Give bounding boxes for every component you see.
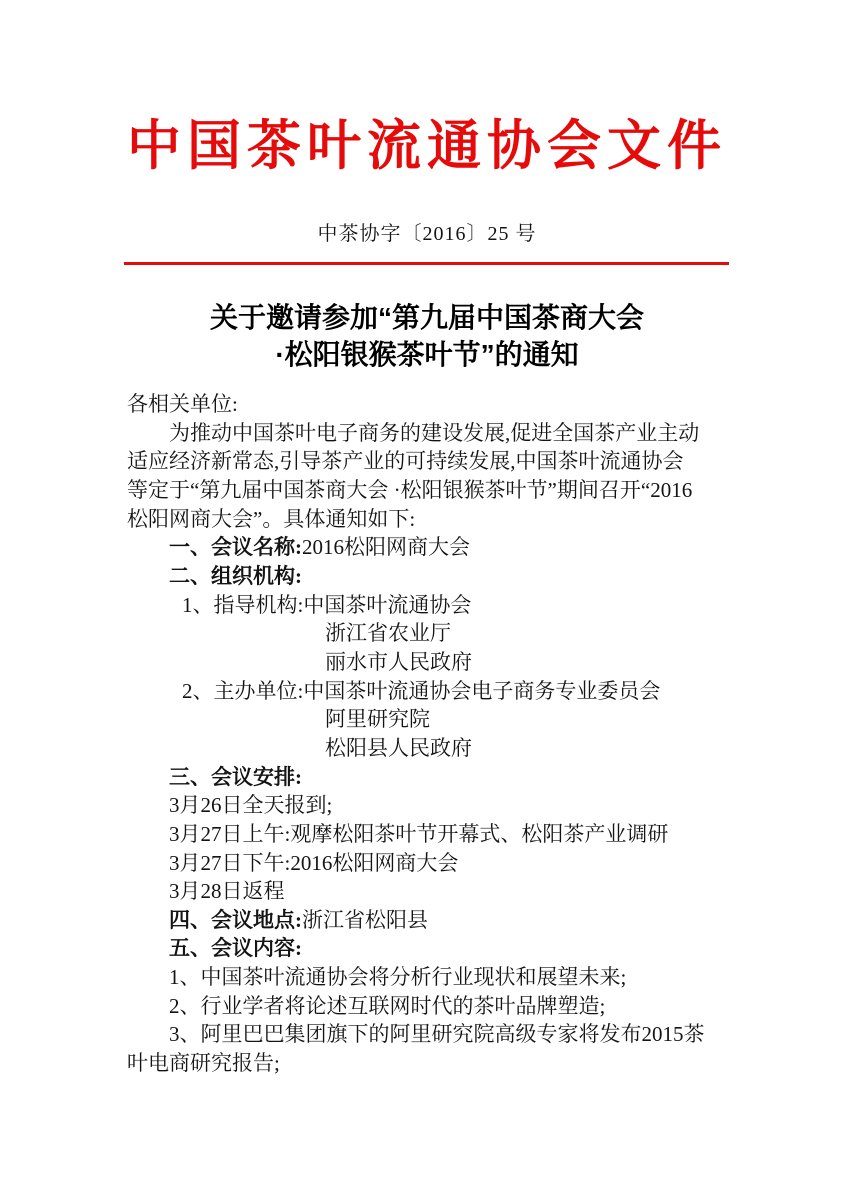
red-divider-line (124, 262, 729, 265)
body-text: 2016松阳网商大会 (302, 535, 470, 559)
body-text: 2、主办单位:中国茶叶流通协会电子商务专业委员会 (182, 679, 660, 703)
body-line: 二、组织机构: (127, 562, 737, 591)
body-text: 阿里研究院 (325, 707, 430, 731)
body-heading-text: 三、会议安排: (169, 765, 302, 789)
body-text: 等定于“第九届中国茶商大会 ·松阳银猴茶叶节”期间召开“2016 (127, 478, 692, 502)
body-text: 3月28日返程 (169, 879, 285, 903)
body-line: 三、会议安排: (127, 763, 737, 792)
body-text: 为推动中国茶叶电子商务的建设发展,促进全国茶产业主动 (169, 421, 699, 445)
body-line: 各相关单位: (127, 390, 737, 419)
body-line: 3月26日全天报到; (127, 791, 737, 820)
body-line: 适应经济新常态,引导茶产业的可持续发展,中国茶叶流通协会 (127, 447, 737, 476)
body-line: 四、会议地点:浙江省松阳县 (127, 906, 737, 935)
doc-number: 中茶协字〔2016〕25 号 (127, 221, 727, 248)
body-line: 3月27日下午:2016松阳网商大会 (127, 849, 737, 878)
body-line: 1、指导机构:中国茶叶流通协会 (127, 591, 737, 620)
red-header-org-title: 中国茶叶流通协会文件 (123, 110, 731, 182)
body-line: 松阳网商大会”。具体通知如下: (127, 505, 737, 534)
body-text: 浙江省松阳县 (302, 908, 428, 932)
body-text: 适应经济新常态,引导茶产业的可持续发展,中国茶叶流通协会 (127, 449, 684, 473)
body-line: 浙江省农业厅 (127, 619, 737, 648)
body-text: 松阳县人民政府 (325, 736, 472, 760)
body-line: 为推动中国茶叶电子商务的建设发展,促进全国茶产业主动 (127, 419, 737, 448)
body-heading-text: 四、会议地点: (169, 908, 302, 932)
body-line: 3、阿里巴巴集团旗下的阿里研究院高级专家将发布2015茶 (127, 1020, 737, 1049)
body-text: 3月26日全天报到; (169, 793, 332, 817)
body-text: 松阳网商大会”。具体通知如下: (127, 507, 415, 531)
doc-body: 各相关单位:为推动中国茶叶电子商务的建设发展,促进全国茶产业主动适应经济新常态,… (127, 390, 737, 1078)
body-line: 3月28日返程 (127, 877, 737, 906)
body-text: 叶电商研究报告; (127, 1051, 280, 1075)
body-line: 2、主办单位:中国茶叶流通协会电子商务专业委员会 (127, 677, 737, 706)
body-line: 一、会议名称:2016松阳网商大会 (127, 533, 737, 562)
body-text: 1、指导机构:中国茶叶流通协会 (182, 593, 471, 617)
body-line: 3月27日上午:观摩松阳茶叶节开幕式、松阳茶产业调研 (127, 820, 737, 849)
body-text: 各相关单位: (127, 392, 238, 416)
body-line: 五、会议内容: (127, 934, 737, 963)
doc-title-line1: 关于邀请参加“第九届中国茶商大会 (97, 299, 757, 336)
body-line: 2、行业学者将论述互联网时代的茶叶品牌塑造; (127, 992, 737, 1021)
body-text: 浙江省农业厅 (325, 621, 451, 645)
body-text: 丽水市人民政府 (325, 650, 472, 674)
doc-title-line2: ·松阳银猴茶叶节”的通知 (97, 336, 757, 373)
body-text: 3、阿里巴巴集团旗下的阿里研究院高级专家将发布2015茶 (169, 1022, 705, 1046)
body-line: 叶电商研究报告; (127, 1049, 737, 1078)
body-line: 阿里研究院 (127, 705, 737, 734)
body-line: 1、中国茶叶流通协会将分析行业现状和展望未来; (127, 963, 737, 992)
body-line: 丽水市人民政府 (127, 648, 737, 677)
doc-title: 关于邀请参加“第九届中国茶商大会 ·松阳银猴茶叶节”的通知 (97, 299, 757, 373)
body-text: 1、中国茶叶流通协会将分析行业现状和展望未来; (169, 965, 626, 989)
document-page: 中国茶叶流通协会文件 中茶协字〔2016〕25 号 关于邀请参加“第九届中国茶商… (0, 0, 850, 1202)
body-line: 松阳县人民政府 (127, 734, 737, 763)
body-line: 等定于“第九届中国茶商大会 ·松阳银猴茶叶节”期间召开“2016 (127, 476, 737, 505)
body-text: 3月27日下午:2016松阳网商大会 (169, 851, 458, 875)
body-heading-text: 一、会议名称: (169, 535, 302, 559)
body-heading-text: 二、组织机构: (169, 564, 302, 588)
body-text: 2、行业学者将论述互联网时代的茶叶品牌塑造; (169, 994, 605, 1018)
body-text: 3月27日上午:观摩松阳茶叶节开幕式、松阳茶产业调研 (169, 822, 668, 846)
body-heading-text: 五、会议内容: (169, 936, 302, 960)
